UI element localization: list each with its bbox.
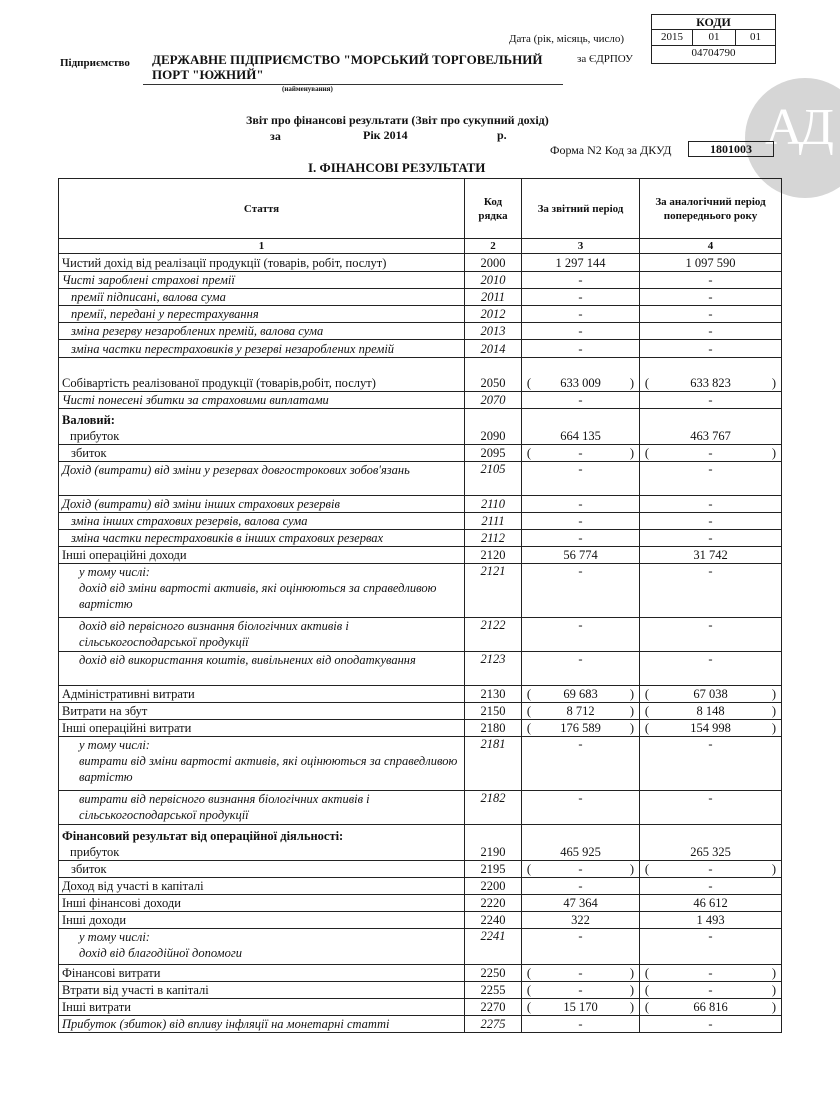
row-label: дохід від первісного визнання біологічни… xyxy=(79,619,349,649)
table-row: Чисті зароблені страхові премії2010-- xyxy=(59,272,782,289)
row-label: Дохід (витрати) від зміни у резервах дов… xyxy=(62,463,410,477)
row-label: Інші доходи xyxy=(62,913,126,927)
period-suffix: р. xyxy=(497,128,507,143)
row-code: 2014 xyxy=(465,340,522,358)
table-row: премії підписані, валова сума2011-- xyxy=(59,289,782,306)
row-previous-cell: - xyxy=(640,1016,782,1033)
table-row: Валовий:прибуток2090664 135463 767 xyxy=(59,409,782,445)
row-previous-cell: (-) xyxy=(640,982,782,999)
table-row: дохід від первісного визнання біологічни… xyxy=(59,618,782,652)
row-previous-value: 265 325 xyxy=(690,845,731,859)
row-label: премії, передані у перестрахування xyxy=(71,307,259,321)
table-row: Дохід (витрати) від зміни у резервах дов… xyxy=(59,462,782,496)
row-item-cell: Дохід (витрати) від зміни інших страхови… xyxy=(59,496,465,513)
enterprise-label: Підприємство xyxy=(60,57,130,69)
row-current-value: 15 170 xyxy=(533,1000,628,1015)
col-header-item: Стаття xyxy=(59,179,465,239)
row-previous-cell: - xyxy=(640,496,782,513)
row-current-value: - xyxy=(578,1017,582,1031)
row-code: 2240 xyxy=(465,912,522,929)
row-current-cell: - xyxy=(522,1016,640,1033)
row-current-value: - xyxy=(578,273,582,287)
row-previous-cell: (-) xyxy=(640,861,782,878)
row-previous-value: 66 816 xyxy=(651,1000,770,1015)
row-item-cell: Інші фінансові доходи xyxy=(59,895,465,912)
row-current-cell: - xyxy=(522,340,640,358)
row-item-cell: Прибуток (збиток) від впливу інфляції на… xyxy=(59,1016,465,1033)
row-label: дохід від використання коштів, вивільнен… xyxy=(79,653,416,667)
row-label: Прибуток (збиток) від впливу інфляції на… xyxy=(62,1017,389,1031)
row-item-cell: дохід від первісного визнання біологічни… xyxy=(59,618,465,652)
table-row: зміна частки перестраховиків в інших стр… xyxy=(59,530,782,547)
row-current-value: 465 925 xyxy=(560,845,601,859)
row-previous-cell: - xyxy=(640,791,782,825)
row-code: 2255 xyxy=(465,982,522,999)
row-label: дохід від благодійної допомоги xyxy=(79,945,461,961)
row-current-value: 47 364 xyxy=(563,896,597,910)
row-item-cell: Собівартість реалізованої продукції (тов… xyxy=(59,358,465,392)
row-current-cell: - xyxy=(522,564,640,618)
row-current-cell: - xyxy=(522,929,640,965)
row-previous-value: 31 742 xyxy=(693,548,727,562)
row-previous-cell: - xyxy=(640,929,782,965)
col-header-previous: За аналогічний період попереднього року xyxy=(640,179,782,239)
row-label: Втрати від участі в капіталі xyxy=(62,983,209,997)
row-current-cell: (8 712) xyxy=(522,703,640,720)
row-current-cell: - xyxy=(522,737,640,791)
row-previous-cell: - xyxy=(640,878,782,895)
row-previous-cell: (154 998) xyxy=(640,720,782,737)
row-current-cell: - xyxy=(522,306,640,323)
row-code: 2090 xyxy=(465,409,522,445)
table-row: премії, передані у перестрахування2012-- xyxy=(59,306,782,323)
row-code: 2070 xyxy=(465,392,522,409)
row-previous-cell: - xyxy=(640,564,782,618)
row-previous-value: - xyxy=(708,618,712,632)
row-previous-value: 1 493 xyxy=(696,913,724,927)
row-previous-value: - xyxy=(708,564,712,578)
name-underline xyxy=(143,84,563,85)
col-header-current: За звітний період xyxy=(522,179,640,239)
row-current-cell: - xyxy=(522,652,640,686)
table-row: Витрати на збут2150(8 712)(8 148) xyxy=(59,703,782,720)
row-label: Дохід (витрати) від зміни інших страхови… xyxy=(62,497,340,511)
row-code: 2011 xyxy=(465,289,522,306)
row-code: 2200 xyxy=(465,878,522,895)
row-code: 2241 xyxy=(465,929,522,965)
table-row: витрати від первісного визнання біологіч… xyxy=(59,791,782,825)
row-current-value: - xyxy=(533,983,628,998)
row-label: Інші фінансові доходи xyxy=(62,896,181,910)
row-code: 2012 xyxy=(465,306,522,323)
row-item-cell: Інші операційні витрати xyxy=(59,720,465,737)
row-label-head: Фінансовий результат від операційної дія… xyxy=(62,828,461,844)
table-row: у тому числі:витрати від зміни вартості … xyxy=(59,737,782,791)
row-previous-value: - xyxy=(708,531,712,545)
row-code: 2110 xyxy=(465,496,522,513)
row-code: 2122 xyxy=(465,618,522,652)
form-label: Форма N2 Код за ДКУД xyxy=(550,143,671,158)
table-row: Дохід (витрати) від зміни інших страхови… xyxy=(59,496,782,513)
row-label: витрати від зміни вартості активів, які … xyxy=(79,753,461,785)
row-item-cell: збиток xyxy=(59,445,465,462)
row-current-cell: 1 297 144 xyxy=(522,254,640,272)
row-label: Фінансові витрати xyxy=(62,966,160,980)
row-previous-cell: - xyxy=(640,530,782,547)
date-label: Дата (рік, місяць, число) xyxy=(509,33,624,45)
row-previous-cell: 265 325 xyxy=(640,825,782,861)
row-previous-cell: (-) xyxy=(640,965,782,982)
row-item-cell: Чисті зароблені страхові премії xyxy=(59,272,465,289)
table-row: Собівартість реалізованої продукції (тов… xyxy=(59,358,782,392)
row-current-value: - xyxy=(578,462,582,476)
row-item-cell: зміна частки перестраховиків в інших стр… xyxy=(59,530,465,547)
row-previous-value: 633 823 xyxy=(651,376,770,391)
row-previous-cell: - xyxy=(640,289,782,306)
row-previous-value: - xyxy=(708,324,712,338)
period: Рік 2014 xyxy=(363,128,408,143)
row-label: Чисті зароблені страхові премії xyxy=(62,273,235,287)
table-row: зміна резерву незароблених премій, валов… xyxy=(59,323,782,340)
row-previous-cell: - xyxy=(640,513,782,530)
row-item-cell: Інші операційні доходи xyxy=(59,547,465,564)
row-item-cell: у тому числі:витрати від зміни вартості … xyxy=(59,737,465,791)
table-row: Адміністративні витрати2130(69 683)(67 0… xyxy=(59,686,782,703)
enterprise-name-line1: ДЕРЖАВНЕ ПІДПРИЄМСТВО "МОРСЬКИЙ ТОРГОВЕЛ… xyxy=(152,52,542,68)
row-current-cell: (633 009) xyxy=(522,358,640,392)
row-label: Інші операційні витрати xyxy=(62,721,191,735)
row-code: 2123 xyxy=(465,652,522,686)
table-row: у тому числі:дохід від благодійної допом… xyxy=(59,929,782,965)
row-previous-value: 154 998 xyxy=(651,721,770,736)
row-previous-value: 46 612 xyxy=(693,896,727,910)
row-current-cell: - xyxy=(522,289,640,306)
row-current-value: 322 xyxy=(571,913,590,927)
table-row: Втрати від участі в капіталі2255(-)(-) xyxy=(59,982,782,999)
row-item-cell: у тому числі:дохід від благодійної допом… xyxy=(59,929,465,965)
row-label: Чистий дохід від реалізації продукції (т… xyxy=(62,256,386,270)
row-item-cell: зміна інших страхових резервів, валова с… xyxy=(59,513,465,530)
row-previous-value: - xyxy=(651,862,770,877)
row-current-cell: 47 364 xyxy=(522,895,640,912)
row-current-value: - xyxy=(578,652,582,666)
row-item-cell: Чистий дохід від реалізації продукції (т… xyxy=(59,254,465,272)
row-previous-value: 67 038 xyxy=(651,687,770,702)
row-current-value: - xyxy=(578,497,582,511)
row-code: 2121 xyxy=(465,564,522,618)
row-item-cell: Фінансові витрати xyxy=(59,965,465,982)
row-previous-cell: (8 148) xyxy=(640,703,782,720)
table-row: Чисті понесені збитки за страховими випл… xyxy=(59,392,782,409)
row-current-value: - xyxy=(533,862,628,877)
row-item-cell: витрати від первісного визнання біологіч… xyxy=(59,791,465,825)
date-day: 01 xyxy=(735,30,775,45)
row-previous-cell: (633 823) xyxy=(640,358,782,392)
col-number: 4 xyxy=(640,239,782,254)
row-current-cell: - xyxy=(522,530,640,547)
row-label: прибуток xyxy=(62,428,461,444)
row-label: Витрати на збут xyxy=(62,704,147,718)
table-row: Інші операційні витрати2180(176 589)(154… xyxy=(59,720,782,737)
table-row: у тому числі:дохід від зміни вартості ак… xyxy=(59,564,782,618)
row-code: 2013 xyxy=(465,323,522,340)
row-previous-cell: 463 767 xyxy=(640,409,782,445)
row-previous-value: - xyxy=(708,290,712,304)
row-item-cell: премії, передані у перестрахування xyxy=(59,306,465,323)
row-current-value: 69 683 xyxy=(533,687,628,702)
row-code: 2195 xyxy=(465,861,522,878)
row-label: Собівартість реалізованої продукції (тов… xyxy=(62,376,376,390)
row-current-cell: - xyxy=(522,513,640,530)
row-code: 2220 xyxy=(465,895,522,912)
row-current-value: - xyxy=(578,791,582,805)
row-previous-value: 8 148 xyxy=(651,704,770,719)
row-label: дохід від зміни вартості активів, які оц… xyxy=(79,580,461,612)
row-current-value: 1 297 144 xyxy=(556,256,606,270)
row-label: премії підписані, валова сума xyxy=(71,290,226,304)
row-label-head: у тому числі: xyxy=(79,930,150,944)
row-previous-cell: - xyxy=(640,323,782,340)
table-row: Інші операційні доходи212056 77431 742 xyxy=(59,547,782,564)
row-previous-value: - xyxy=(708,737,712,751)
row-previous-cell: 31 742 xyxy=(640,547,782,564)
table-row: Інші витрати2270(15 170)(66 816) xyxy=(59,999,782,1016)
row-current-cell: (176 589) xyxy=(522,720,640,737)
row-code: 2130 xyxy=(465,686,522,703)
row-previous-value: - xyxy=(708,342,712,356)
table-row: зміна інших страхових резервів, валова с… xyxy=(59,513,782,530)
table-row: дохід від використання коштів, вивільнен… xyxy=(59,652,782,686)
row-current-value: 176 589 xyxy=(533,721,628,736)
row-label: збиток xyxy=(71,862,107,876)
row-current-cell: (15 170) xyxy=(522,999,640,1016)
row-label: Інші витрати xyxy=(62,1000,131,1014)
row-code: 2111 xyxy=(465,513,522,530)
row-current-value: - xyxy=(578,393,582,407)
row-item-cell: Чисті понесені збитки за страховими випл… xyxy=(59,392,465,409)
row-item-cell: зміна резерву незароблених премій, валов… xyxy=(59,323,465,340)
row-current-value: - xyxy=(578,564,582,578)
codes-box: КОДИ 2015 01 01 04704790 xyxy=(651,14,776,64)
row-previous-value: - xyxy=(651,983,770,998)
row-previous-cell: - xyxy=(640,462,782,496)
date-year: 2015 xyxy=(652,30,692,45)
table-row: збиток2195(-)(-) xyxy=(59,861,782,878)
row-current-cell: (-) xyxy=(522,982,640,999)
row-previous-value: - xyxy=(708,791,712,805)
row-code: 2182 xyxy=(465,791,522,825)
row-previous-value: - xyxy=(708,929,712,943)
row-current-cell: - xyxy=(522,462,640,496)
row-current-cell: (69 683) xyxy=(522,686,640,703)
row-current-value: - xyxy=(578,737,582,751)
row-previous-cell: - xyxy=(640,340,782,358)
row-label: зміна інших страхових резервів, валова с… xyxy=(71,514,308,528)
row-current-value: - xyxy=(578,618,582,632)
table-row: Доход від участі в капіталі2200-- xyxy=(59,878,782,895)
row-label: витрати від первісного визнання біологіч… xyxy=(79,792,370,822)
row-previous-cell: 1 097 590 xyxy=(640,254,782,272)
row-previous-value: - xyxy=(651,966,770,981)
row-label: Чисті понесені збитки за страховими випл… xyxy=(62,393,329,407)
row-previous-cell: - xyxy=(640,737,782,791)
row-code: 2000 xyxy=(465,254,522,272)
row-previous-value: - xyxy=(708,1017,712,1031)
row-code: 2095 xyxy=(465,445,522,462)
row-current-cell: 664 135 xyxy=(522,409,640,445)
row-code: 2181 xyxy=(465,737,522,791)
codes-title: КОДИ xyxy=(652,15,775,30)
report-title: Звіт про фінансові результати (Звіт про … xyxy=(246,113,549,128)
section-title: І. ФІНАНСОВІ РЕЗУЛЬТАТИ xyxy=(308,160,485,176)
row-current-value: - xyxy=(578,879,582,893)
row-item-cell: Доход від участі в капіталі xyxy=(59,878,465,895)
table-row: збиток2095(-)(-) xyxy=(59,445,782,462)
row-item-cell: Витрати на збут xyxy=(59,703,465,720)
row-current-cell: (-) xyxy=(522,445,640,462)
row-current-value: 633 009 xyxy=(533,376,628,391)
row-item-cell: зміна частки перестраховиків у резерві н… xyxy=(59,340,465,358)
row-code: 2250 xyxy=(465,965,522,982)
edrpou-code: 04704790 xyxy=(652,46,775,60)
row-item-cell: Валовий:прибуток xyxy=(59,409,465,445)
row-previous-cell: - xyxy=(640,618,782,652)
row-code: 2010 xyxy=(465,272,522,289)
row-previous-cell: - xyxy=(640,272,782,289)
row-current-value: - xyxy=(578,324,582,338)
row-item-cell: дохід від використання коштів, вивільнен… xyxy=(59,652,465,686)
row-label-head: Валовий: xyxy=(62,412,461,428)
row-code: 2150 xyxy=(465,703,522,720)
row-previous-value: - xyxy=(708,273,712,287)
row-current-value: - xyxy=(533,966,628,981)
row-label: зміна частки перестраховиків в інших стр… xyxy=(71,531,383,545)
table-row: Чистий дохід від реалізації продукції (т… xyxy=(59,254,782,272)
row-previous-cell: - xyxy=(640,652,782,686)
row-previous-value: - xyxy=(708,307,712,321)
row-label-head: у тому числі: xyxy=(79,565,150,579)
row-current-cell: (-) xyxy=(522,861,640,878)
row-item-cell: Дохід (витрати) від зміни у резервах дов… xyxy=(59,462,465,496)
enterprise-name-line2: ПОРТ "ЮЖНИЙ" xyxy=(152,67,264,83)
table-row: Інші доходи22403221 493 xyxy=(59,912,782,929)
row-code: 2105 xyxy=(465,462,522,496)
row-label: зміна частки перестраховиків у резерві н… xyxy=(71,342,394,356)
row-item-cell: Інші витрати xyxy=(59,999,465,1016)
row-label: збиток xyxy=(71,446,107,460)
row-code: 2270 xyxy=(465,999,522,1016)
row-previous-cell: (-) xyxy=(640,445,782,462)
row-current-value: - xyxy=(578,531,582,545)
row-current-cell: - xyxy=(522,272,640,289)
row-previous-value: - xyxy=(708,879,712,893)
row-item-cell: збиток xyxy=(59,861,465,878)
row-item-cell: Адміністративні витрати xyxy=(59,686,465,703)
table-row: Прибуток (збиток) від впливу інфляції на… xyxy=(59,1016,782,1033)
row-current-cell: 465 925 xyxy=(522,825,640,861)
financial-results-table: Стаття Код рядка За звітний період За ан… xyxy=(58,178,782,1033)
row-label: Доход від участі в капіталі xyxy=(62,879,204,893)
row-current-value: - xyxy=(533,446,628,461)
row-previous-cell: - xyxy=(640,392,782,409)
row-item-cell: Фінансовий результат від операційної дія… xyxy=(59,825,465,861)
row-item-cell: Інші доходи xyxy=(59,912,465,929)
row-previous-cell: 1 493 xyxy=(640,912,782,929)
row-current-cell: - xyxy=(522,496,640,513)
table-row: Фінансові витрати2250(-)(-) xyxy=(59,965,782,982)
row-label: прибуток xyxy=(62,844,461,860)
table-row: зміна частки перестраховиків у резерві н… xyxy=(59,340,782,358)
col-number: 3 xyxy=(522,239,640,254)
row-current-value: - xyxy=(578,929,582,943)
row-code: 2050 xyxy=(465,358,522,392)
col-header-code: Код рядка xyxy=(465,179,522,239)
row-label-head: у тому числі: xyxy=(79,738,150,752)
date-month: 01 xyxy=(692,30,735,45)
name-caption: (найменування) xyxy=(282,85,333,93)
date-codes: 2015 01 01 xyxy=(652,30,775,46)
row-current-value: 664 135 xyxy=(560,429,601,443)
row-label: Інші операційні доходи xyxy=(62,548,187,562)
row-label: зміна резерву незароблених премій, валов… xyxy=(71,324,323,338)
row-current-value: - xyxy=(578,342,582,356)
dkud-code: 1801003 xyxy=(688,141,774,157)
row-previous-cell: (67 038) xyxy=(640,686,782,703)
table-row: Фінансовий результат від операційної дія… xyxy=(59,825,782,861)
row-item-cell: у тому числі:дохід від зміни вартості ак… xyxy=(59,564,465,618)
row-previous-value: - xyxy=(708,393,712,407)
row-previous-value: - xyxy=(651,446,770,461)
row-previous-value: - xyxy=(708,652,712,666)
table-row: Інші фінансові доходи222047 36446 612 xyxy=(59,895,782,912)
row-previous-value: - xyxy=(708,514,712,528)
row-code: 2120 xyxy=(465,547,522,564)
row-previous-cell: - xyxy=(640,306,782,323)
row-previous-value: - xyxy=(708,497,712,511)
period-prefix: за xyxy=(270,129,281,144)
edrpou-label: за ЄДРПОУ xyxy=(577,53,633,65)
row-current-cell: - xyxy=(522,791,640,825)
row-current-value: - xyxy=(578,290,582,304)
row-current-value: 8 712 xyxy=(533,704,628,719)
row-previous-value: 1 097 590 xyxy=(686,256,736,270)
row-current-cell: - xyxy=(522,323,640,340)
row-item-cell: Втрати від участі в капіталі xyxy=(59,982,465,999)
row-item-cell: премії підписані, валова сума xyxy=(59,289,465,306)
row-previous-value: - xyxy=(708,462,712,476)
row-code: 2190 xyxy=(465,825,522,861)
row-previous-cell: (66 816) xyxy=(640,999,782,1016)
col-number: 2 xyxy=(465,239,522,254)
row-code: 2275 xyxy=(465,1016,522,1033)
row-current-cell: 56 774 xyxy=(522,547,640,564)
row-current-value: 56 774 xyxy=(563,548,597,562)
row-current-value: - xyxy=(578,307,582,321)
row-current-value: - xyxy=(578,514,582,528)
row-previous-cell: 46 612 xyxy=(640,895,782,912)
row-code: 2180 xyxy=(465,720,522,737)
row-label: Адміністративні витрати xyxy=(62,687,195,701)
row-current-cell: (-) xyxy=(522,965,640,982)
row-current-cell: - xyxy=(522,878,640,895)
row-current-cell: - xyxy=(522,618,640,652)
row-code: 2112 xyxy=(465,530,522,547)
row-current-cell: 322 xyxy=(522,912,640,929)
col-number: 1 xyxy=(59,239,465,254)
row-previous-value: 463 767 xyxy=(690,429,731,443)
row-current-cell: - xyxy=(522,392,640,409)
